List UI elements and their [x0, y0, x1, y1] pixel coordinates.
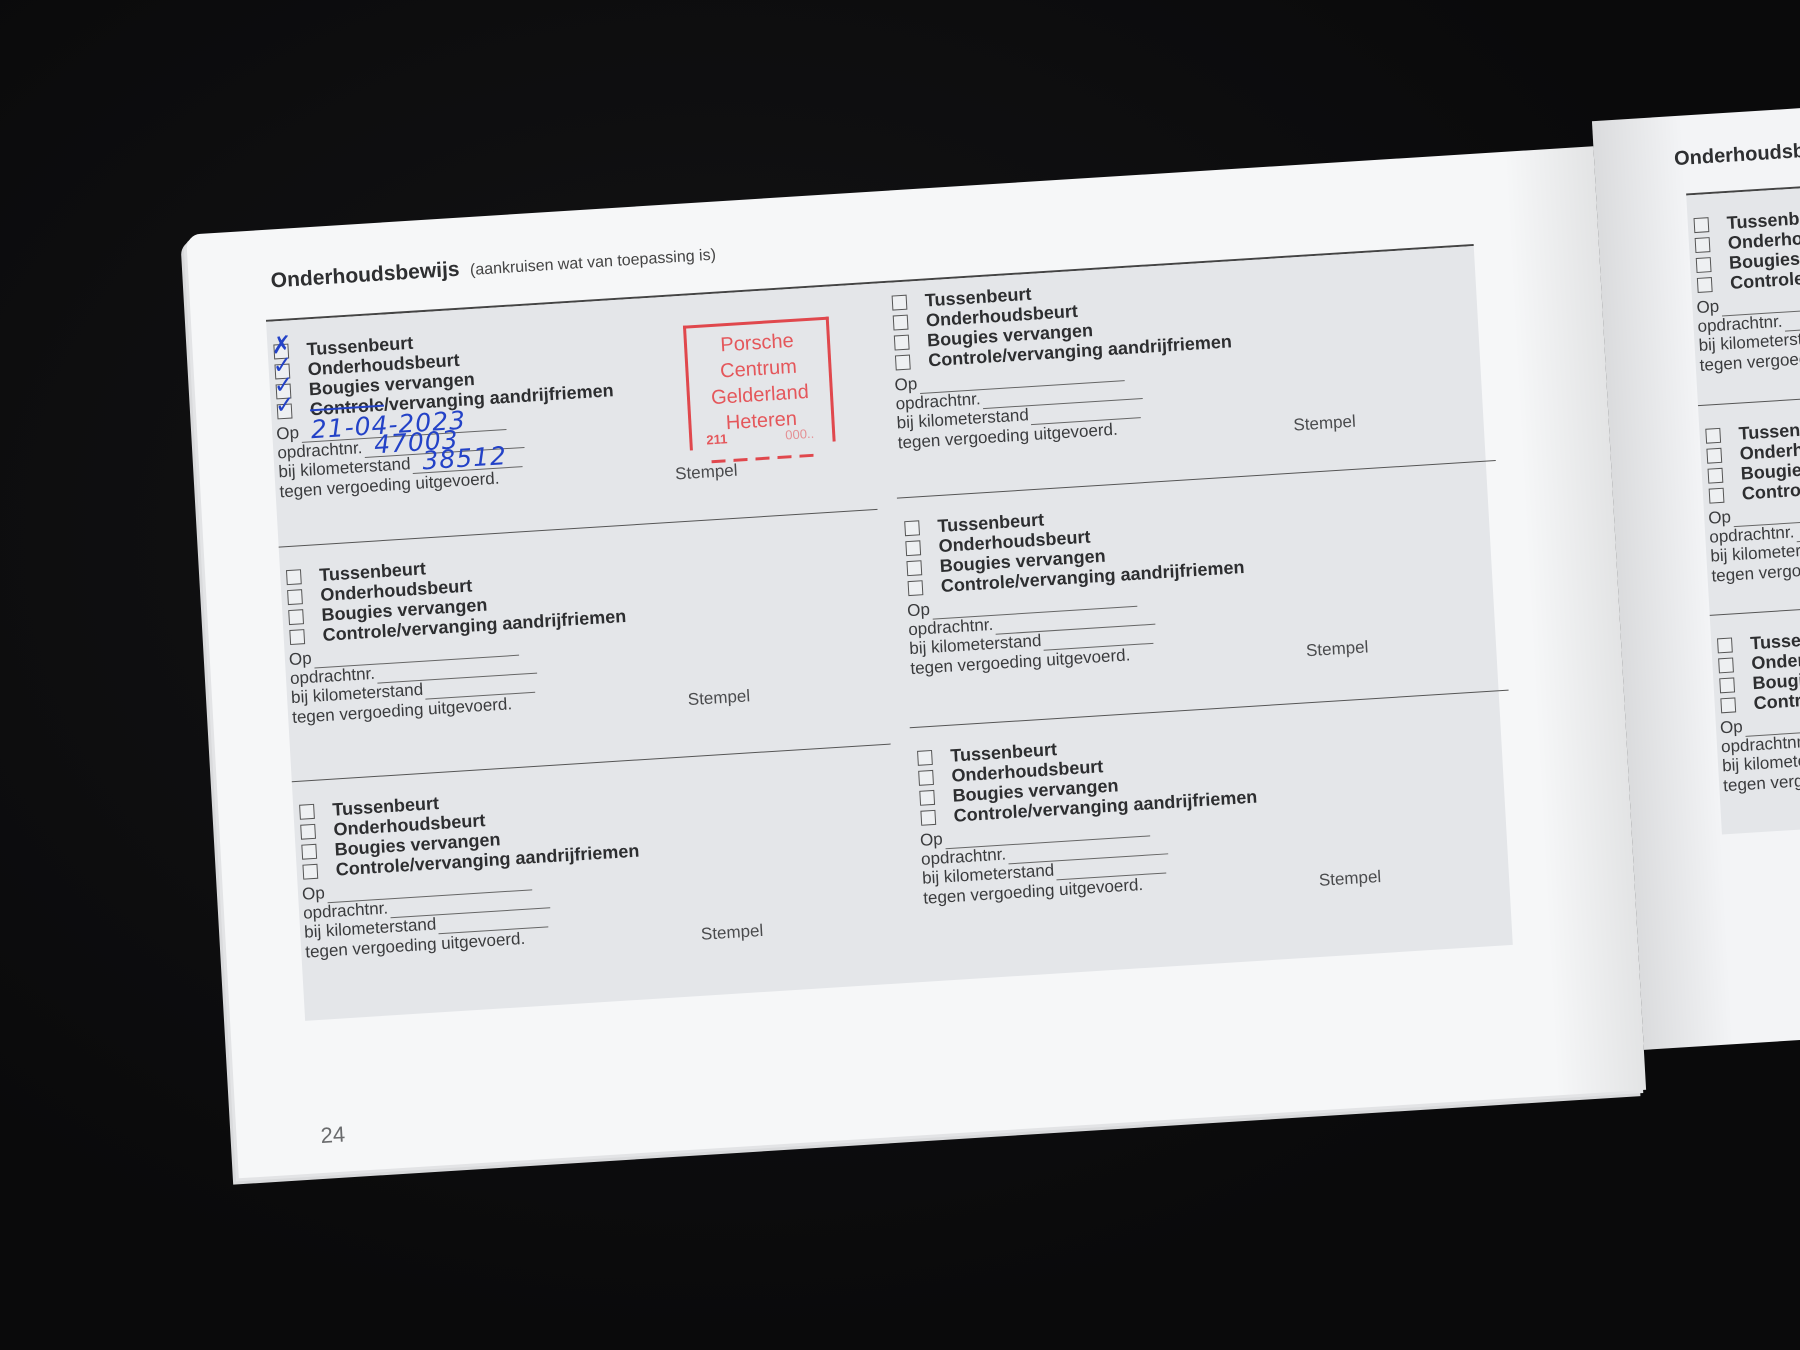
checkbox[interactable] [893, 314, 909, 330]
page-subtitle: (aankruisen wat van toepassing is) [470, 247, 717, 279]
service-checklist: TussenbeurtOnderhoudsbeuBougies vervanCo… [1717, 625, 1800, 716]
service-fields: Opopdrachtnr.bij kilometerstandtegen ver… [920, 816, 1171, 907]
page-number: 24 [320, 1122, 346, 1149]
maintenance-form-grid: ✗Tussenbeurt✓Onderhoudsbeurt✓Bougies ver… [266, 246, 1513, 1021]
maintenance-entry-5: TussenbeurtOnderhoudsbeurtBougies vervan… [292, 744, 903, 1007]
left-page: Onderhoudsbewijs (aankruisen wat van toe… [186, 146, 1646, 1178]
right-page-header: Onderhoudsbewijs (aankruisen w [1674, 130, 1800, 171]
checkbox[interactable] [1705, 427, 1721, 443]
checkbox[interactable] [1709, 487, 1725, 503]
checkbox[interactable] [895, 354, 911, 370]
service-checklist: TussenbeurtOnderhoudsbeurtBougies vervan… [1693, 199, 1800, 295]
stamp-label: Stempel [675, 461, 738, 485]
right-maintenance-entry-3: TussenbeurtOnderhoudsbeuBougies vervanCo… [1710, 588, 1800, 815]
checkbox[interactable] [904, 520, 920, 536]
checkbox[interactable] [917, 749, 933, 765]
checkbox[interactable] [892, 294, 908, 310]
maintenance-entry-3: TussenbeurtOnderhoudsbeurtBougies vervan… [279, 509, 890, 772]
stamp-label: Stempel [700, 921, 763, 945]
checkbox[interactable] [286, 569, 302, 585]
checkbox[interactable] [287, 589, 303, 605]
checkbox[interactable] [919, 789, 935, 805]
checkbox[interactable] [1695, 237, 1711, 253]
service-checklist: TussenbeurtOnderhoudsbeurtBougies vervan… [904, 497, 1245, 598]
page-header: Onderhoudsbewijs (aankruisen wat van toe… [270, 242, 716, 294]
checkbox[interactable] [289, 629, 305, 645]
checkbox[interactable] [918, 769, 934, 785]
checkbox[interactable] [1696, 257, 1712, 273]
checkbox[interactable] [1693, 217, 1709, 233]
checkbox[interactable] [1718, 657, 1734, 673]
service-fields: Opopdrachtnr.bij kilometerstandtegen ver… [288, 636, 539, 727]
checked-checkbox[interactable]: ✓ [277, 403, 293, 419]
page-title: Onderhoudsbewijs [270, 258, 460, 293]
checkbox[interactable] [299, 803, 315, 819]
checkbox[interactable] [1717, 637, 1733, 653]
checkbox[interactable] [920, 809, 936, 825]
service-checklist: TussenbeurtOnderhoudsbeurtBougies vervan… [299, 781, 640, 882]
checkbox[interactable] [1697, 277, 1713, 293]
service-checklist: TussenbeurtOnderhoudsbeurtBougies vervan… [286, 546, 627, 647]
stamp-label: Stempel [1318, 867, 1381, 891]
checkbox[interactable] [1706, 447, 1722, 463]
maintenance-entry-6: TussenbeurtOnderhoudsbeurtBougies vervan… [910, 690, 1521, 953]
checkbox[interactable] [908, 580, 924, 596]
right-form-column: TussenbeurtOnderhoudsbeurtBougies vervan… [1686, 169, 1800, 834]
right-page-title: Onderhoudsbewijs [1674, 137, 1800, 170]
service-checklist: TussenbeurtOnderhoudsbeurtBougies vervan… [917, 727, 1258, 828]
checkbox[interactable] [1719, 677, 1735, 693]
booklet: Onderhoudsbewijs (aankruisen wat van toe… [178, 0, 1800, 1188]
stamp-label: Stempel [1306, 637, 1369, 661]
checkbox[interactable] [894, 334, 910, 350]
stamp-code-secondary: 000.. [785, 421, 815, 449]
stamp-label: Stempel [687, 686, 750, 710]
maintenance-entry-2: TussenbeurtOnderhoudsbeurtBougies vervan… [884, 235, 1495, 497]
stamp-smear [711, 453, 821, 463]
service-fields: Opopdrachtnr.bij kilometerstandtegen ver… [894, 361, 1145, 452]
right-maintenance-entry-1: TussenbeurtOnderhoudsbeurtBougies vervan… [1686, 169, 1800, 395]
dealer-stamp: PorscheCentrumGelderlandHeteren211000.. [683, 317, 836, 451]
checkbox[interactable] [302, 863, 318, 879]
service-checklist: TussenbeurtOnderhoudsbeurtBougies vervan… [891, 271, 1232, 372]
checkbox[interactable] [1707, 467, 1723, 483]
checkbox[interactable] [301, 843, 317, 859]
checkbox[interactable] [906, 560, 922, 576]
check-mark-icon: ✓ [274, 392, 295, 417]
service-fields: Opopdrachtnr.bij kilometerstandtegen ver… [907, 587, 1158, 678]
service-fields: Op21-04-2023opdrachtnr.47003bij kilomete… [276, 410, 527, 501]
maintenance-entry-4: TussenbeurtOnderhoudsbeurtBougies vervan… [897, 460, 1508, 723]
right-maintenance-entry-2: TussenbeurtOnderhoudsbeurtBougies vervan… [1698, 379, 1800, 606]
checkbox[interactable] [300, 823, 316, 839]
checkbox[interactable] [905, 540, 921, 556]
service-checklist: TussenbeurtOnderhoudsbeurtBougies vervan… [1705, 413, 1800, 506]
stamp-code: 211 [706, 426, 728, 453]
maintenance-entry-1: ✗Tussenbeurt✓Onderhoudsbeurt✓Bougies ver… [266, 284, 877, 546]
stamp-label: Stempel [1293, 412, 1356, 436]
handwritten-value: 38512 [422, 441, 508, 475]
checkbox[interactable] [1720, 697, 1736, 713]
service-fields: Opopdrachtnr.bij kilometerstandtegen ver… [302, 870, 553, 961]
checkbox[interactable] [288, 609, 304, 625]
